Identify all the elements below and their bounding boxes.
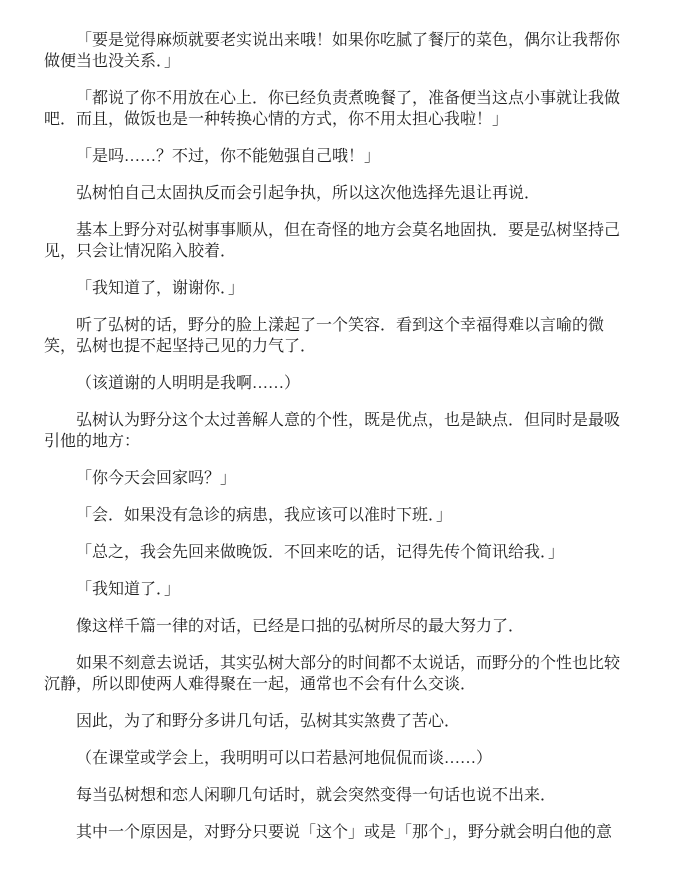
paragraph-9: 弘树认为野分这个太过善解人意的个性，既是优点，也是缺点．但同时是最吸引他的地方： (44, 410, 620, 452)
page-content: 「要是觉得麻烦就要老实说出来哦！如果你吃腻了餐厅的菜色，偶尔让我帮你做便当也没关… (44, 30, 620, 843)
paragraph-5: 基本上野分对弘树事事顺从，但在奇怪的地方会莫名地固执．要是弘树坚持己见，只会让情… (44, 220, 620, 262)
paragraph-6: 「我知道了，谢谢你．」 (44, 278, 620, 299)
paragraph-16: 因此，为了和野分多讲几句话，弘树其实煞费了苦心． (44, 711, 620, 732)
paragraph-19: 其中一个原因是，对野分只要说「这个」或是「那个」，野分就会明白他的意 (44, 822, 620, 843)
paragraph-15: 如果不刻意去说话，其实弘树大部分的时间都不太说话，而野分的个性也比较沉静，所以即… (44, 653, 620, 695)
paragraph-1: 「要是觉得麻烦就要老实说出来哦！如果你吃腻了餐厅的菜色，偶尔让我帮你做便当也没关… (44, 30, 620, 72)
paragraph-12: 「总之，我会先回来做晚饭．不回来吃的话，记得先传个简讯给我．」 (44, 542, 620, 563)
paragraph-8: （该道谢的人明明是我啊……） (44, 373, 620, 394)
paragraph-10: 「你今天会回家吗？」 (44, 468, 620, 489)
paragraph-13: 「我知道了．」 (44, 579, 620, 600)
paragraph-3: 「是吗……？不过，你不能勉强自己哦！」 (44, 146, 620, 167)
paragraph-14: 像这样千篇一律的对话，已经是口拙的弘树所尽的最大努力了． (44, 616, 620, 637)
paragraph-11: 「会．如果没有急诊的病患，我应该可以准时下班．」 (44, 505, 620, 526)
paragraph-18: 每当弘树想和恋人闲聊几句话时，就会突然变得一句话也说不出来． (44, 785, 620, 806)
paragraph-4: 弘树怕自己太固执反而会引起争执，所以这次他选择先退让再说． (44, 183, 620, 204)
paragraph-7: 听了弘树的话，野分的脸上漾起了一个笑容．看到这个幸福得难以言喻的微笑，弘树也提不… (44, 315, 620, 357)
paragraph-2: 「都说了你不用放在心上．你已经负责煮晚餐了，准备便当这点小事就让我做吧．而且，做… (44, 88, 620, 130)
novel-page: 「要是觉得麻烦就要老实说出来哦！如果你吃腻了餐厅的菜色，偶尔让我帮你做便当也没关… (0, 0, 680, 880)
paragraph-17: （在课堂或学会上，我明明可以口若悬河地侃侃而谈……） (44, 748, 620, 769)
